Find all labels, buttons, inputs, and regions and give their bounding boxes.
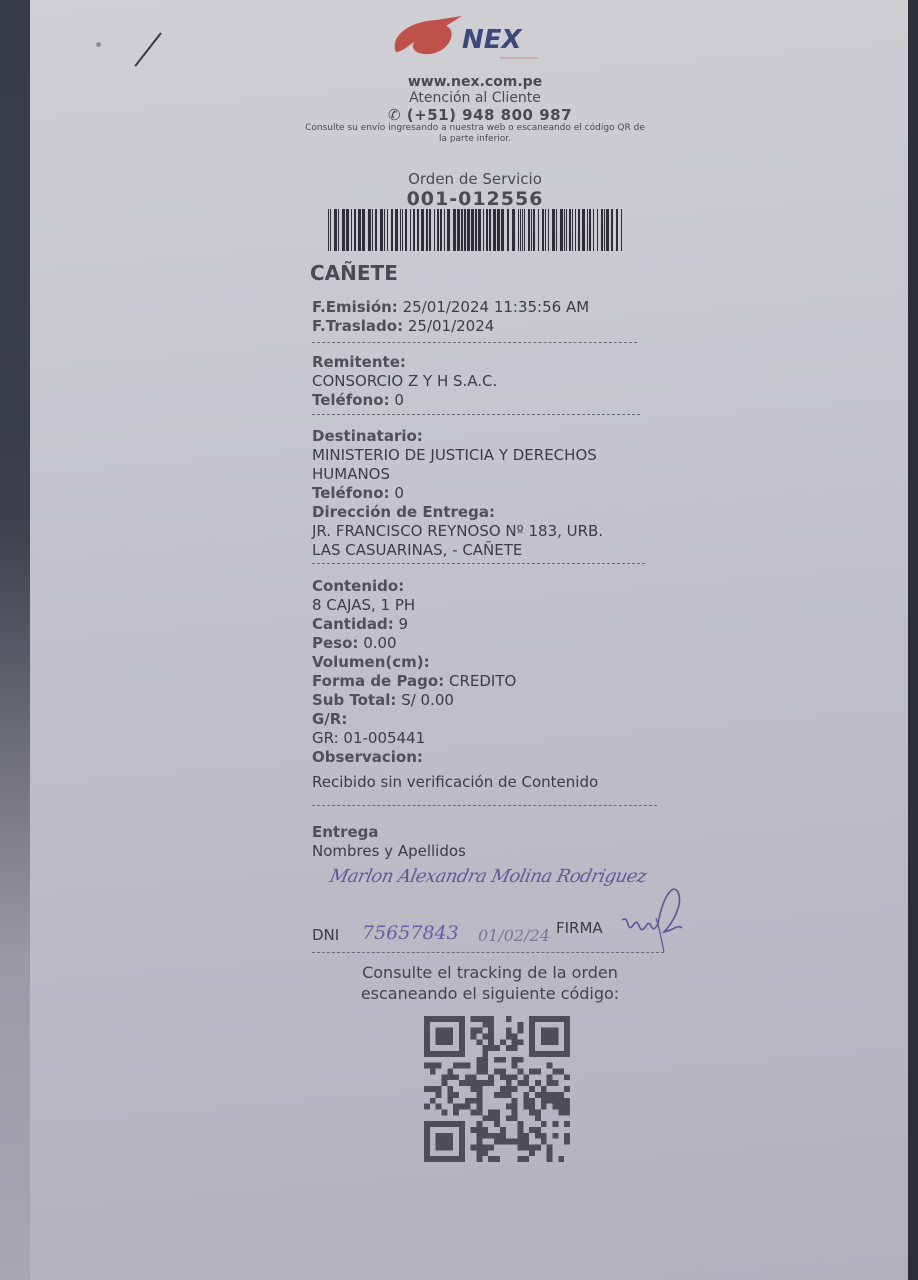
tracking-line2: escaneando el siguiente código: (330, 983, 650, 1004)
emission-date-row: F.Emisión: 25/01/2024 11:35:56 AM (312, 298, 589, 317)
sender-name: CONSORCIO Z Y H S.A.C. (312, 372, 497, 391)
address-line1: JR. FRANCISCO REYNOSO Nº 183, URB. (312, 522, 603, 541)
support-label: Atención al Cliente (330, 90, 620, 106)
shipment-section: Contenido: 8 CAJAS, 1 PH Cantidad: 9 Pes… (312, 577, 598, 792)
svg-text:NEX: NEX (462, 25, 524, 55)
destination-city: CAÑETE (310, 264, 398, 283)
names-label: Nombres y Apellidos (312, 842, 466, 861)
recipient-section: Destinatario: MINISTERIO DE JUSTICIA Y D… (312, 427, 603, 560)
quantity-value: 9 (399, 615, 409, 633)
emission-value: 25/01/2024 11:35:56 AM (403, 298, 590, 316)
address-line2: LAS CASUARINAS, - CAÑETE (312, 541, 603, 560)
emission-label: F.Emisión: (312, 298, 398, 316)
order-number: 001-012556 (330, 188, 620, 210)
company-website: www.nex.com.pe (330, 74, 620, 90)
whatsapp-icon: ✆ (388, 106, 401, 124)
delivery-title: Entrega (312, 823, 466, 842)
handwritten-recipient-name: Marlon Alexandra Molina Rodriguez (328, 866, 648, 887)
payment-value: CREDITO (449, 672, 516, 690)
recipient-phone-value: 0 (394, 484, 404, 502)
subtotal-value: S/ 0.00 (401, 691, 454, 709)
transfer-label: F.Traslado: (312, 317, 403, 335)
tracking-instructions-block: Consulte el tracking de la orden escanea… (330, 962, 650, 1004)
order-label: Orden de Servicio (330, 170, 620, 188)
sender-phone-label: Teléfono: (312, 391, 390, 409)
barcode-icon (328, 209, 622, 251)
address-label: Dirección de Entrega: (312, 503, 603, 522)
recipient-name-line1: MINISTERIO DE JUSTICIA Y DERECHOS (312, 446, 603, 465)
signature-label: FIRMA (556, 919, 603, 938)
tracking-line1: Consulte el tracking de la orden (330, 962, 650, 983)
gr-label: G/R: (312, 710, 598, 729)
recipient-label: Destinatario: (312, 427, 603, 446)
recipient-phone-label: Teléfono: (312, 484, 390, 502)
observation-value: Recibido sin verificación de Contenido (312, 773, 598, 792)
support-phone: ✆ (+51) 948 800 987 (330, 106, 630, 124)
content-label: Contenido: (312, 577, 598, 596)
quantity-label: Cantidad: (312, 615, 394, 633)
sender-phone-value: 0 (394, 391, 404, 409)
paper-smudge (96, 42, 101, 47)
qr-code-icon[interactable] (424, 1012, 570, 1166)
pen-mark (134, 32, 161, 66)
delivery-section: Entrega Nombres y Apellidos (312, 823, 466, 861)
divider (312, 952, 664, 953)
weight-value: 0.00 (363, 634, 396, 652)
tracking-instructions: Consulte su envío ingresando a nuestra w… (300, 123, 650, 145)
recipient-name-line2: HUMANOS (312, 465, 603, 484)
phone-number: (+51) 948 800 987 (407, 106, 572, 124)
sender-label: Remitente: (312, 353, 497, 372)
handwritten-date: 01/02/24 (478, 926, 550, 945)
gr-value: GR: 01-005441 (312, 729, 598, 748)
handwritten-dni: 75657843 (362, 922, 459, 944)
payment-label: Forma de Pago: (312, 672, 444, 690)
divider (312, 342, 637, 343)
volume-label: Volumen(cm): (312, 653, 598, 672)
signature-scribble-icon (616, 880, 686, 955)
sender-section: Remitente: CONSORCIO Z Y H S.A.C. Teléfo… (312, 353, 497, 410)
weight-label: Peso: (312, 634, 358, 652)
divider (312, 563, 645, 564)
subtotal-label: Sub Total: (312, 691, 396, 709)
transfer-value: 25/01/2024 (408, 317, 494, 335)
dni-label: DNI (312, 926, 339, 945)
transfer-date-row: F.Traslado: 25/01/2024 (312, 317, 494, 336)
observation-label: Observacion: (312, 748, 598, 767)
content-value: 8 CAJAS, 1 PH (312, 596, 598, 615)
divider (312, 414, 640, 415)
divider (312, 805, 657, 806)
nex-logo-icon: NEX (388, 14, 558, 64)
